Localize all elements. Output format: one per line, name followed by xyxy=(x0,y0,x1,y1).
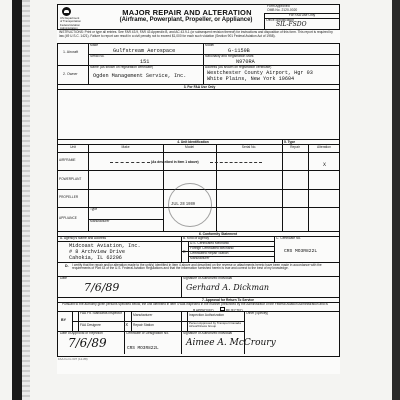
conformity-signature-label: Signature of Authorized Individual xyxy=(183,277,232,281)
serial-label: Serial No. xyxy=(90,55,104,59)
dot-logo-icon xyxy=(62,7,71,16)
dashed-line xyxy=(110,162,150,163)
conformity-date: 7/6/89 xyxy=(84,281,119,294)
option-repair-station[interactable]: X Repair Station xyxy=(124,321,181,331)
airframe-note: (As described in Item 1 above) xyxy=(151,160,199,164)
faa-use-section-label: 3. For FAA Use Only xyxy=(58,85,341,89)
type-label: 5. Type xyxy=(284,140,295,144)
make-label: Make xyxy=(90,44,98,48)
owner-address-label: Address (As shown on registration certif… xyxy=(205,66,271,70)
certify-statement: I certify that the repair and/or alterat… xyxy=(72,264,337,271)
aircraft-registration: N970RA xyxy=(236,59,255,65)
designation-number-label: Certificate or Designation No. xyxy=(126,332,176,336)
owner-section: 2. Owner Name (As shown on registration … xyxy=(57,65,340,84)
aircraft-section: 1. Aircraft Make Gulfstream Aerospace Mo… xyxy=(57,43,340,65)
option-manufacturer[interactable]: Manufacturer xyxy=(124,311,181,321)
certify-label: D. xyxy=(65,264,69,268)
appliance-type-label: Type xyxy=(90,208,97,212)
instructions-text: INSTRUCTIONS: Print or type all entries.… xyxy=(59,31,338,38)
column-model: Model xyxy=(163,146,216,150)
option-transport-canada[interactable]: Person Approved by Transport Canada Airw… xyxy=(181,321,244,331)
approval-date-label: Date of Approval or Rejection xyxy=(60,332,103,336)
agency-name-label: A. Agency's Name and Address xyxy=(60,237,106,241)
certificate-number-label: C. Certificate No. xyxy=(276,237,301,241)
dashed-line xyxy=(210,162,262,163)
aircraft-serial: 151 xyxy=(140,59,149,65)
unit-airframe: AIRFRAME xyxy=(59,159,75,163)
by-label: BY xyxy=(61,318,66,322)
form-number: FAA Form 337 (12-88) xyxy=(58,358,88,362)
scan-binding-shadow xyxy=(22,0,30,400)
approval-date: 7/6/89 xyxy=(68,336,107,350)
conformity-section: 6. Conformity Statement A. Agency's Name… xyxy=(57,231,340,297)
approval-signature: Aimee A. McCroury xyxy=(186,338,276,348)
aircraft-model: G-1159B xyxy=(228,48,250,54)
agency-name: US Department of Transportation Federal … xyxy=(60,17,90,30)
column-unit: Unit xyxy=(58,146,88,150)
approval-signature-label: Signature of Authorized Individual xyxy=(183,332,232,336)
omb-number: OMB No. 2120-0020 xyxy=(267,9,297,13)
option-faa-designee[interactable]: FAA Designee xyxy=(72,321,124,331)
designation-number: CRS MO3R822L xyxy=(127,346,159,351)
owner-name-label: Name (As shown on registration certifica… xyxy=(90,66,153,70)
faa-use-section: 3. For FAA Use Only xyxy=(57,84,340,139)
option-inspection-authorization[interactable]: Inspection Authorization xyxy=(181,311,244,321)
airframe-alteration-check[interactable]: X xyxy=(323,162,326,168)
form-title: MAJOR REPAIR AND ALTERATION xyxy=(122,8,252,17)
column-serial: Serial No. xyxy=(216,146,282,150)
unit-propeller: PROPELLER xyxy=(59,196,78,200)
table-row-airframe: AIRFRAME (As described in Item 1 above) … xyxy=(58,152,340,170)
kind-of-agency-label: B. Kind of Agency xyxy=(183,237,209,241)
unit-identification-label: 4. Unit Identification xyxy=(118,140,268,144)
approval-section-label: 7. Approval for Return To Service xyxy=(158,298,298,302)
certificate-number: CRS MO3R822L xyxy=(284,249,317,254)
column-make: Make xyxy=(88,146,163,150)
aircraft-section-label: 1. Aircraft xyxy=(63,51,78,55)
scan-right-edge xyxy=(392,0,400,400)
other-specify-label: Other (Specify) xyxy=(246,312,268,316)
model-label: Model xyxy=(205,44,214,48)
owner-name: Ogden Management Service, Inc. xyxy=(93,73,186,79)
column-repair: Repair xyxy=(282,146,308,150)
owner-section-label: 2. Owner xyxy=(63,73,78,77)
option-faa-inspector[interactable]: FAA Flt. Standards Inspector xyxy=(72,311,124,321)
agency-city: Cahokia, IL 62206 xyxy=(69,255,122,261)
office-identification-value: SIL-FSDO xyxy=(276,21,307,28)
column-alteration: Alteration xyxy=(308,146,340,150)
form-subtitle: (Airframe, Powerplant, Propeller, or App… xyxy=(106,17,266,23)
unit-identification-section: 4. Unit Identification 5. Type Unit Make… xyxy=(57,139,340,231)
stamp-date: JUL 28 1989 xyxy=(171,201,195,206)
appliance-manufacturer-label: Manufacturer xyxy=(90,220,109,224)
owner-address-line2: White Plains, New York 10604 xyxy=(207,76,294,82)
conformity-section-label: 6. Conformity Statement xyxy=(158,232,278,236)
aircraft-make: Gulfstream Aerospace xyxy=(113,48,175,54)
conformity-date-label: Date xyxy=(60,277,67,281)
faa-use-box: Form Approved OMB No. 2120-0020 For FAA … xyxy=(264,4,340,30)
form-header: US Department of Transportation Federal … xyxy=(57,4,340,30)
approval-section: 7. Approval for Return To Service Pursua… xyxy=(57,297,340,357)
conformity-signature: Gerhard A. Dickman xyxy=(186,283,269,292)
unit-powerplant: POWERPLANT xyxy=(59,178,81,182)
scan-binding-edge xyxy=(12,0,22,400)
unit-appliance: APPLIANCE xyxy=(59,217,77,221)
